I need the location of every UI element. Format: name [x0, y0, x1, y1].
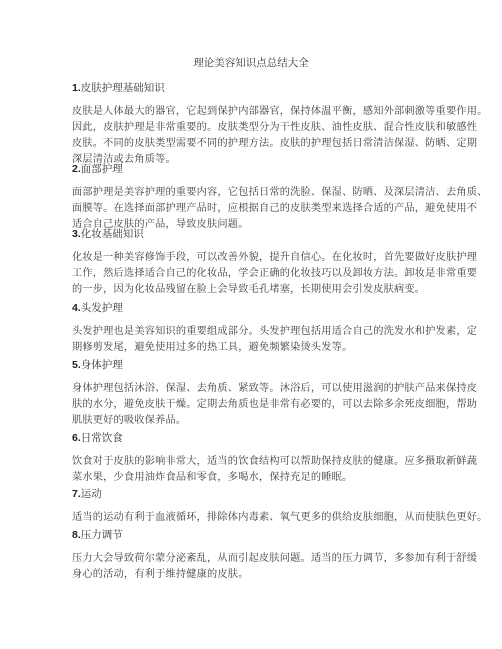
- section-paragraph: 头发护理也是美容知识的重要组成部分。头发护理包括用适合自己的洗发水和护发素，定 …: [72, 324, 430, 356]
- section-paragraph: 压力大会导致荷尔蒙分泌紊乱，从而引起皮肤问题。适当的压力调节，多参加有利于舒缓 …: [72, 551, 430, 583]
- section-skin-care-basics: 1.皮肤护理基础知识 皮肤是人体最大的器官，它起到保护内部器官，保持体温平衡，感…: [72, 80, 430, 168]
- section-heading: 5.身体护理: [72, 357, 430, 373]
- section-hair-care: 4.头发护理 头发护理也是美容知识的重要组成部分。头发护理包括用适合自己的洗发水…: [72, 300, 430, 356]
- section-heading: 4.头发护理: [72, 300, 430, 316]
- section-paragraph: 皮肤是人体最大的器官，它起到保护内部器官，保持体温平衡，感知外部刺激等重要作用。…: [72, 104, 430, 168]
- section-heading: 6.日常饮食: [72, 430, 430, 446]
- section-daily-diet: 6.日常饮食 饮食对于皮肤的影响非常大，适当的饮食结构可以帮助保持皮肤的健康。应…: [72, 430, 430, 486]
- section-heading: 8.压力调节: [72, 527, 430, 543]
- section-makeup-basics: 3.化妆基础知识 化妆是一种美容修饰手段，可以改善外貌，提升自信心。在化妆时，首…: [72, 226, 430, 298]
- section-heading: 3.化妆基础知识: [72, 226, 430, 242]
- section-body-care: 5.身体护理 身体护理包括沐浴、保湿、去角质、紧致等。沐浴后，可以使用滋润的护肤…: [72, 357, 430, 429]
- section-heading: 1.皮肤护理基础知识: [72, 80, 430, 96]
- section-exercise: 7.运动 适当的运动有利于血液循环，排除体内毒素、氧气更多的供给皮肤细胞，从而使…: [72, 486, 430, 526]
- section-paragraph: 身体护理包括沐浴、保湿、去角质、紧致等。沐浴后，可以使用滋润的护肤产品来保持皮 …: [72, 381, 430, 429]
- section-heading: 7.运动: [72, 486, 430, 502]
- section-paragraph: 适当的运动有利于血液循环，排除体内毒素、氧气更多的供给皮肤细胞，从而使肤色更好。: [72, 510, 430, 526]
- section-stress-management: 8.压力调节 压力大会导致荷尔蒙分泌紊乱，从而引起皮肤问题。适当的压力调节，多参…: [72, 527, 430, 583]
- section-paragraph: 饮食对于皮肤的影响非常大，适当的饮食结构可以帮助保持皮肤的健康。应多摄取新鲜蔬 …: [72, 454, 430, 486]
- section-paragraph: 化妆是一种美容修饰手段，可以改善外貌，提升自信心。在化妆时，首先要做好皮肤护理 …: [72, 250, 430, 298]
- section-heading: 2.面部护理: [72, 161, 430, 177]
- document-title: 理论美容知识点总结大全: [72, 55, 430, 71]
- section-facial-care: 2.面部护理 面部护理是美容护理的重要内容，它包括日常的洗脸、保湿、防晒、及深层…: [72, 161, 430, 233]
